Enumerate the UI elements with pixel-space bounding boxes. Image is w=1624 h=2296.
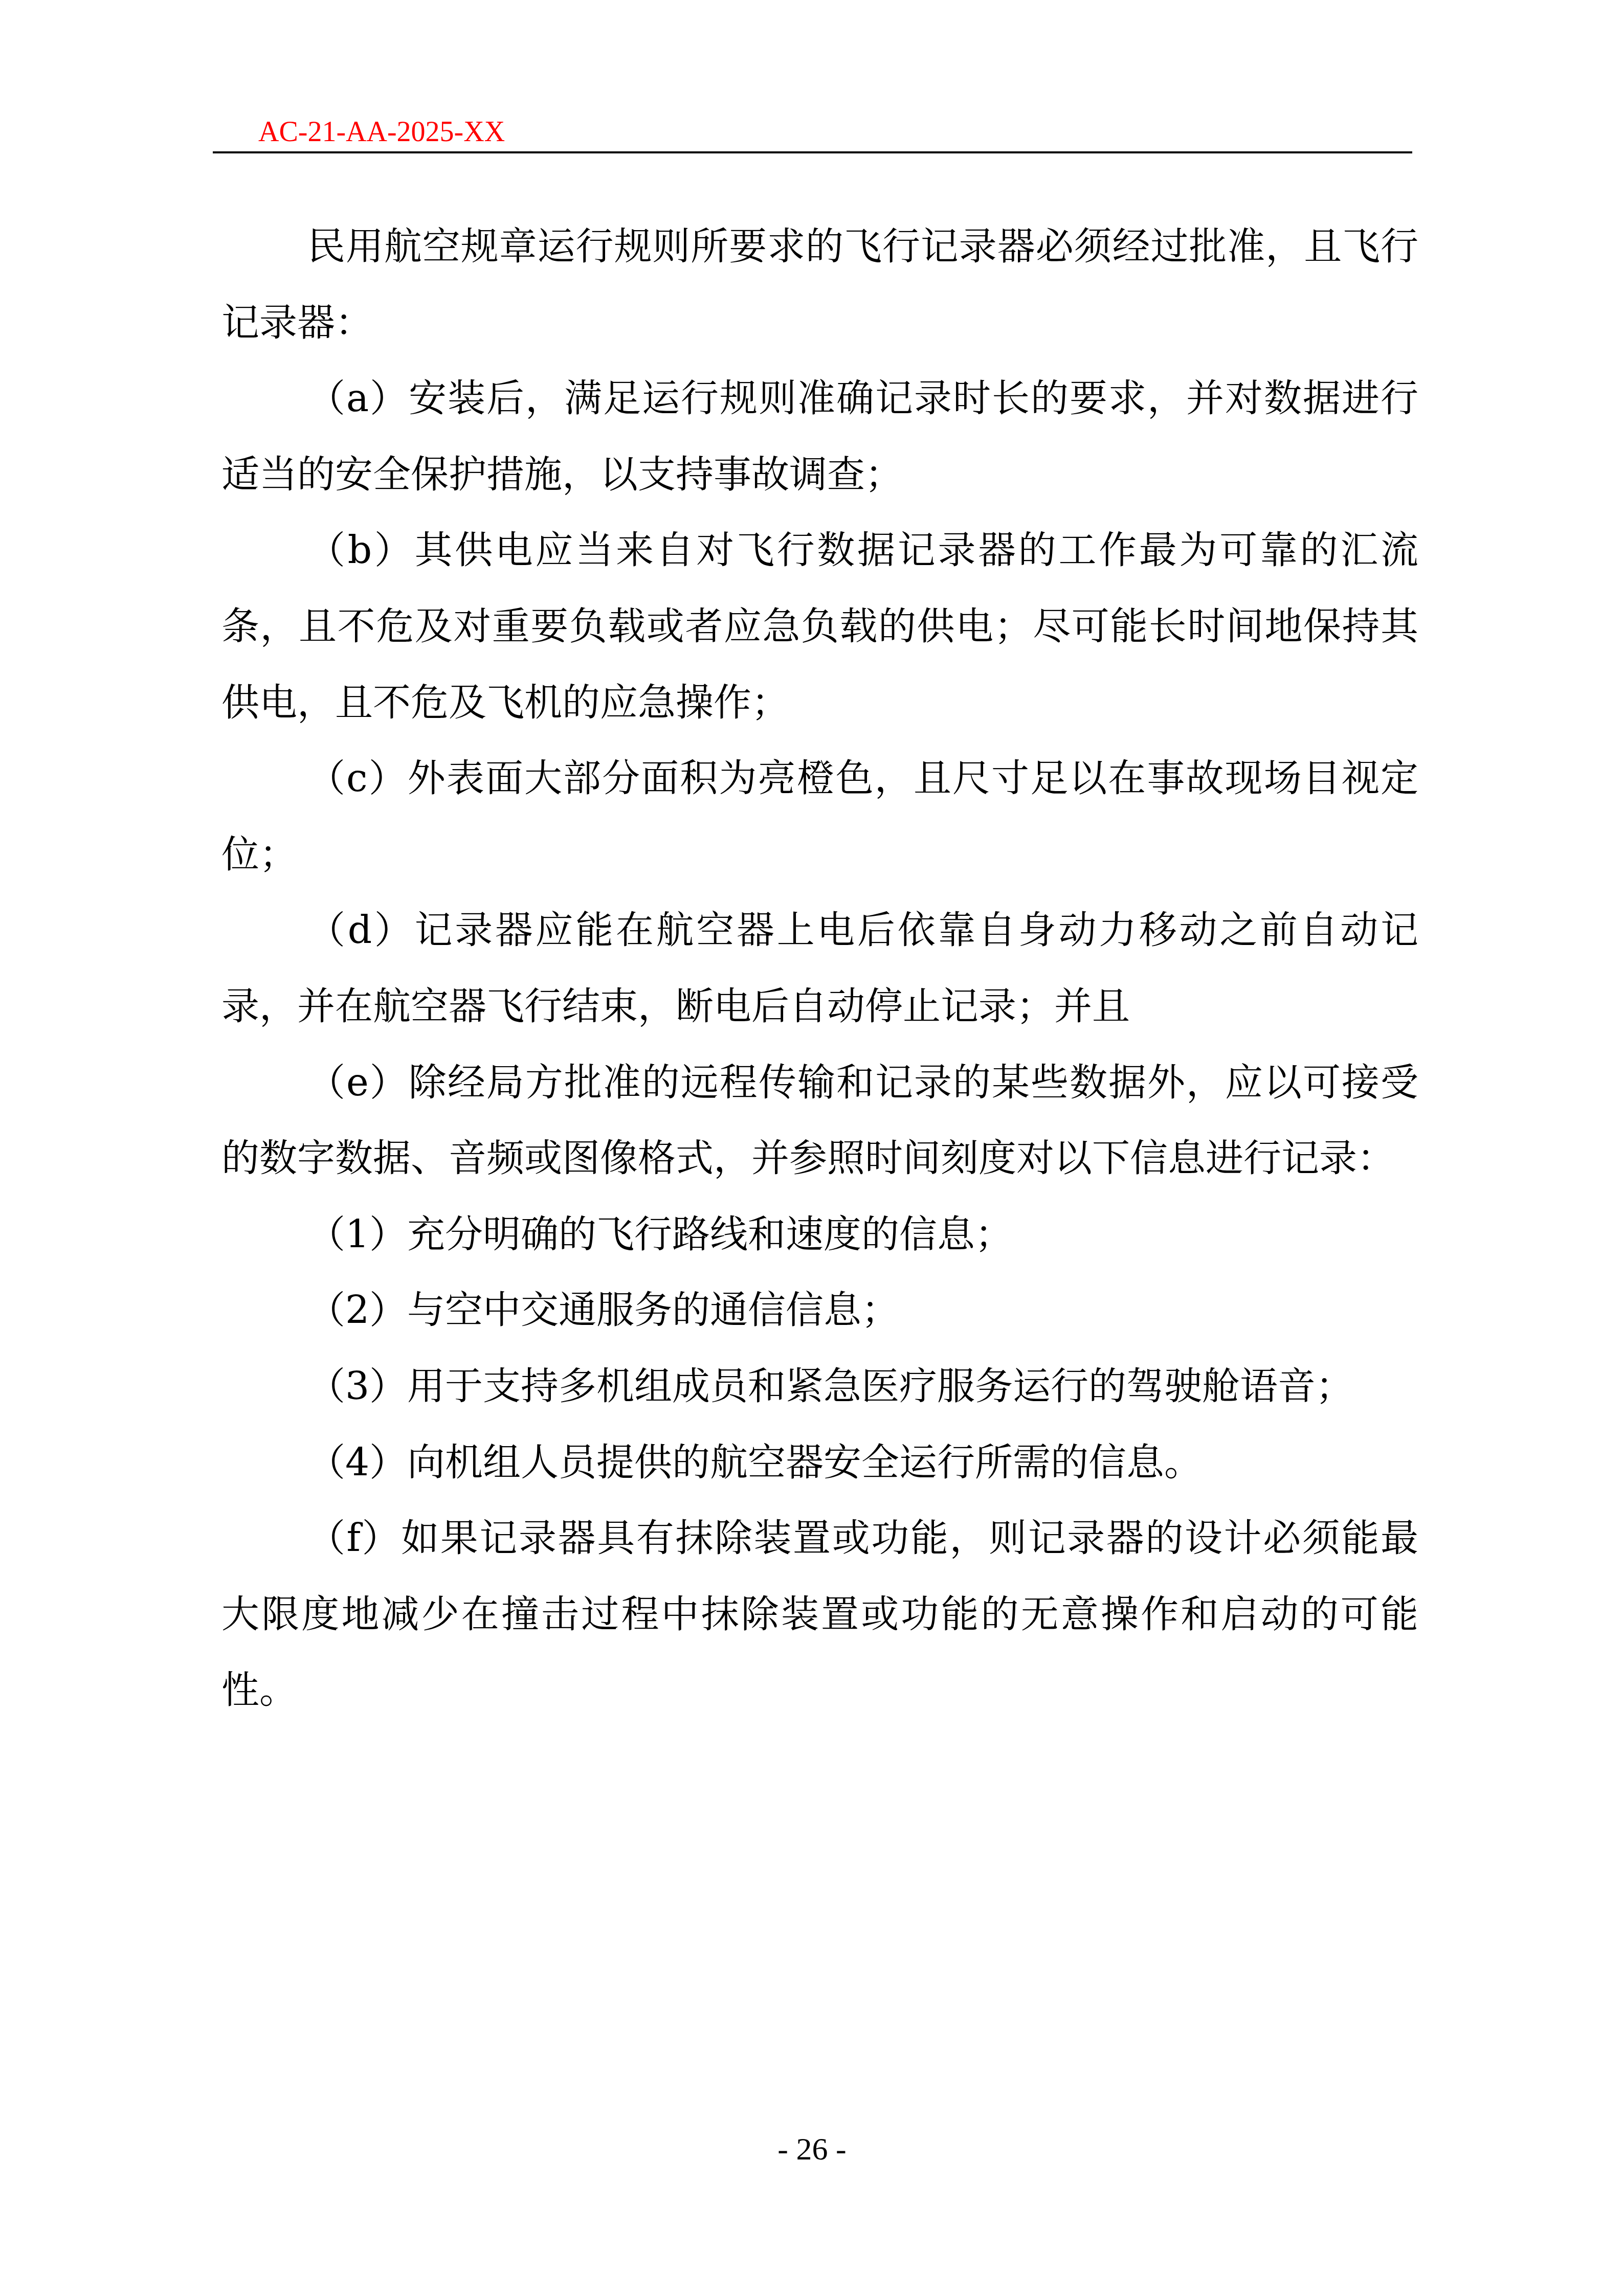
paragraph-subitem-4: （4）向机组人员提供的航空器安全运行所需的信息。 [221,1425,1418,1501]
paragraph-item-c: （c）外表面大部分面积为亮橙色，且尺寸足以在事故现场目视定位； [221,740,1418,892]
paragraph-item-d: （d）记录器应能在航空器上电后依靠自身动力移动之前自动记录，并在航空器飞行结束，… [221,892,1418,1044]
paragraph-item-a: （a）安装后，满足运行规则准确记录时长的要求，并对数据进行适当的安全保护措施，以… [221,361,1418,512]
paragraph-item-e: （e）除经局方批准的远程传输和记录的某些数据外，应以可接受的数字数据、音频或图像… [221,1045,1418,1197]
document-code-header: AC-21-AA-2025-XX [258,117,505,147]
paragraph-intro: 民用航空规章运行规则所要求的飞行记录器必须经过批准，且飞行记录器： [221,209,1418,361]
document-page: AC-21-AA-2025-XX 民用航空规章运行规则所要求的飞行记录器必须经过… [0,0,1624,2296]
paragraph-subitem-2: （2）与空中交通服务的通信信息； [221,1272,1418,1348]
paragraph-subitem-3: （3）用于支持多机组成员和紧急医疗服务运行的驾驶舱语音； [221,1348,1418,1425]
paragraph-item-b: （b）其供电应当来自对飞行数据记录器的工作最为可靠的汇流条，且不危及对重要负载或… [221,512,1418,740]
paragraph-item-f: （f）如果记录器具有抹除装置或功能，则记录器的设计必须能最大限度地减少在撞击过程… [221,1500,1418,1728]
header-divider [213,151,1412,153]
document-body: 民用航空规章运行规则所要求的飞行记录器必须经过批准，且飞行记录器： （a）安装后… [221,209,1418,1728]
paragraph-subitem-1: （1）充分明确的飞行路线和速度的信息； [221,1197,1418,1273]
page-number: - 26 - [0,2131,1624,2167]
